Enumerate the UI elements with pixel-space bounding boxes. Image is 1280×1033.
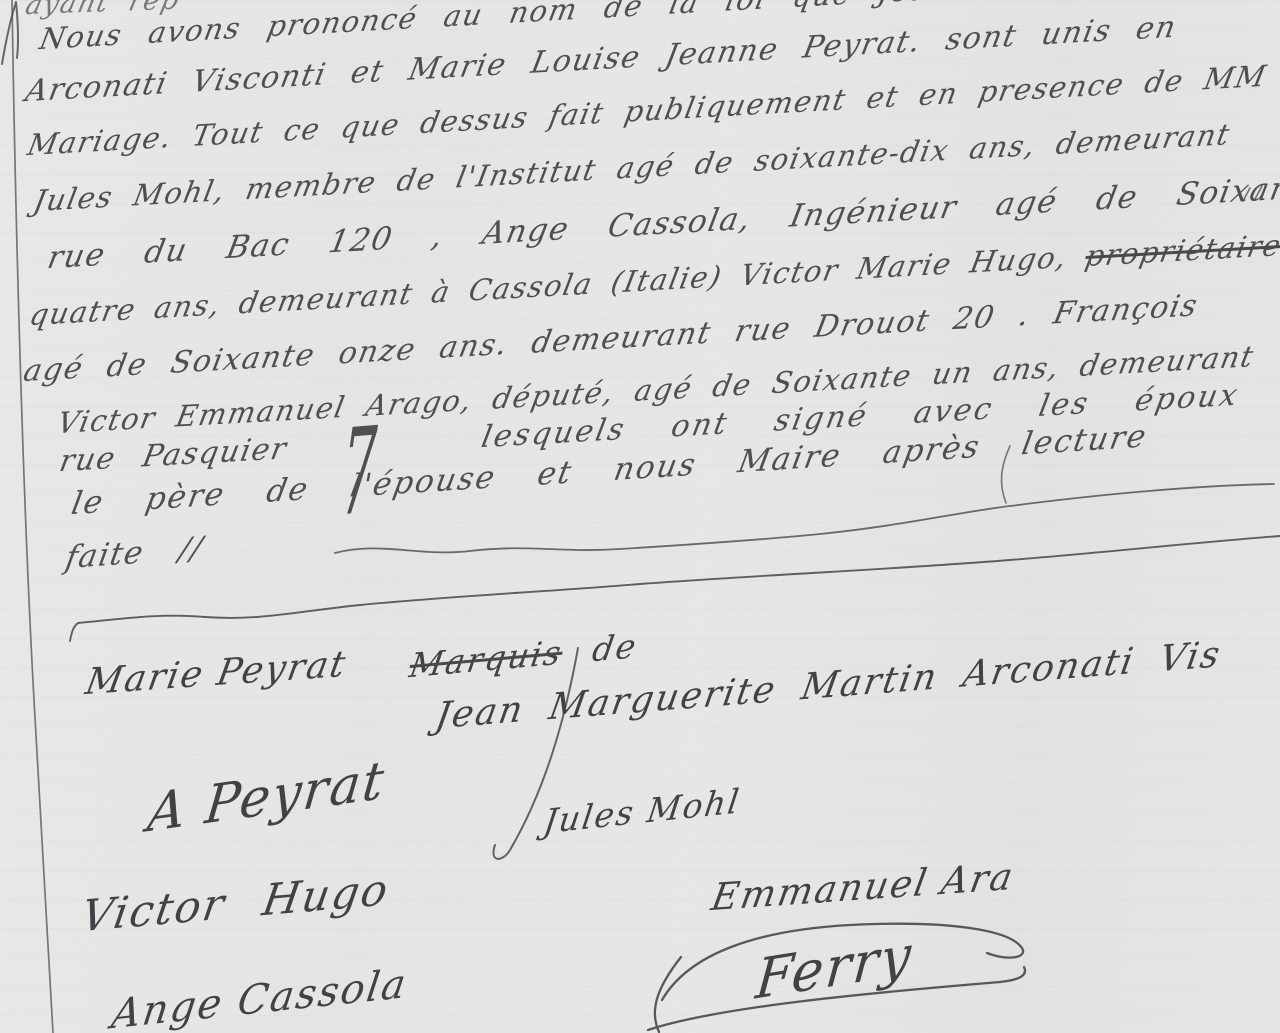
- manuscript-line-11-faite: faite //: [63, 530, 207, 576]
- signature-emmanuel-arago: Emmanuel Ara: [708, 855, 1018, 920]
- struck-word-proprietaire: propriétaire: [1083, 228, 1280, 273]
- signature-victor-hugo: Victor Hugo: [78, 865, 393, 943]
- corner-check-mark: [2, 2, 18, 64]
- manuscript-line-9-rue-pasquier: rue Pasquier: [57, 431, 291, 479]
- signature-ferry: Ferry: [753, 922, 915, 1011]
- signature-marie-peyrat: Marie Peyrat: [82, 643, 350, 703]
- signature-a-peyrat: A Peyrat: [145, 750, 389, 845]
- manuscript-page: ayant rép Nous avons prononcé au nom de …: [0, 0, 1280, 1033]
- struck-word-marquis: Marquis: [407, 632, 566, 685]
- closing-separator-stroke-2: [70, 536, 1280, 641]
- signature-marquis-de-struck: Marquis de: [407, 626, 641, 686]
- signature-ange-cassola: Ange Cassola: [109, 960, 411, 1033]
- signature-word-de: de: [590, 626, 641, 670]
- signature-jules-mohl: Jules Mohl: [541, 781, 743, 841]
